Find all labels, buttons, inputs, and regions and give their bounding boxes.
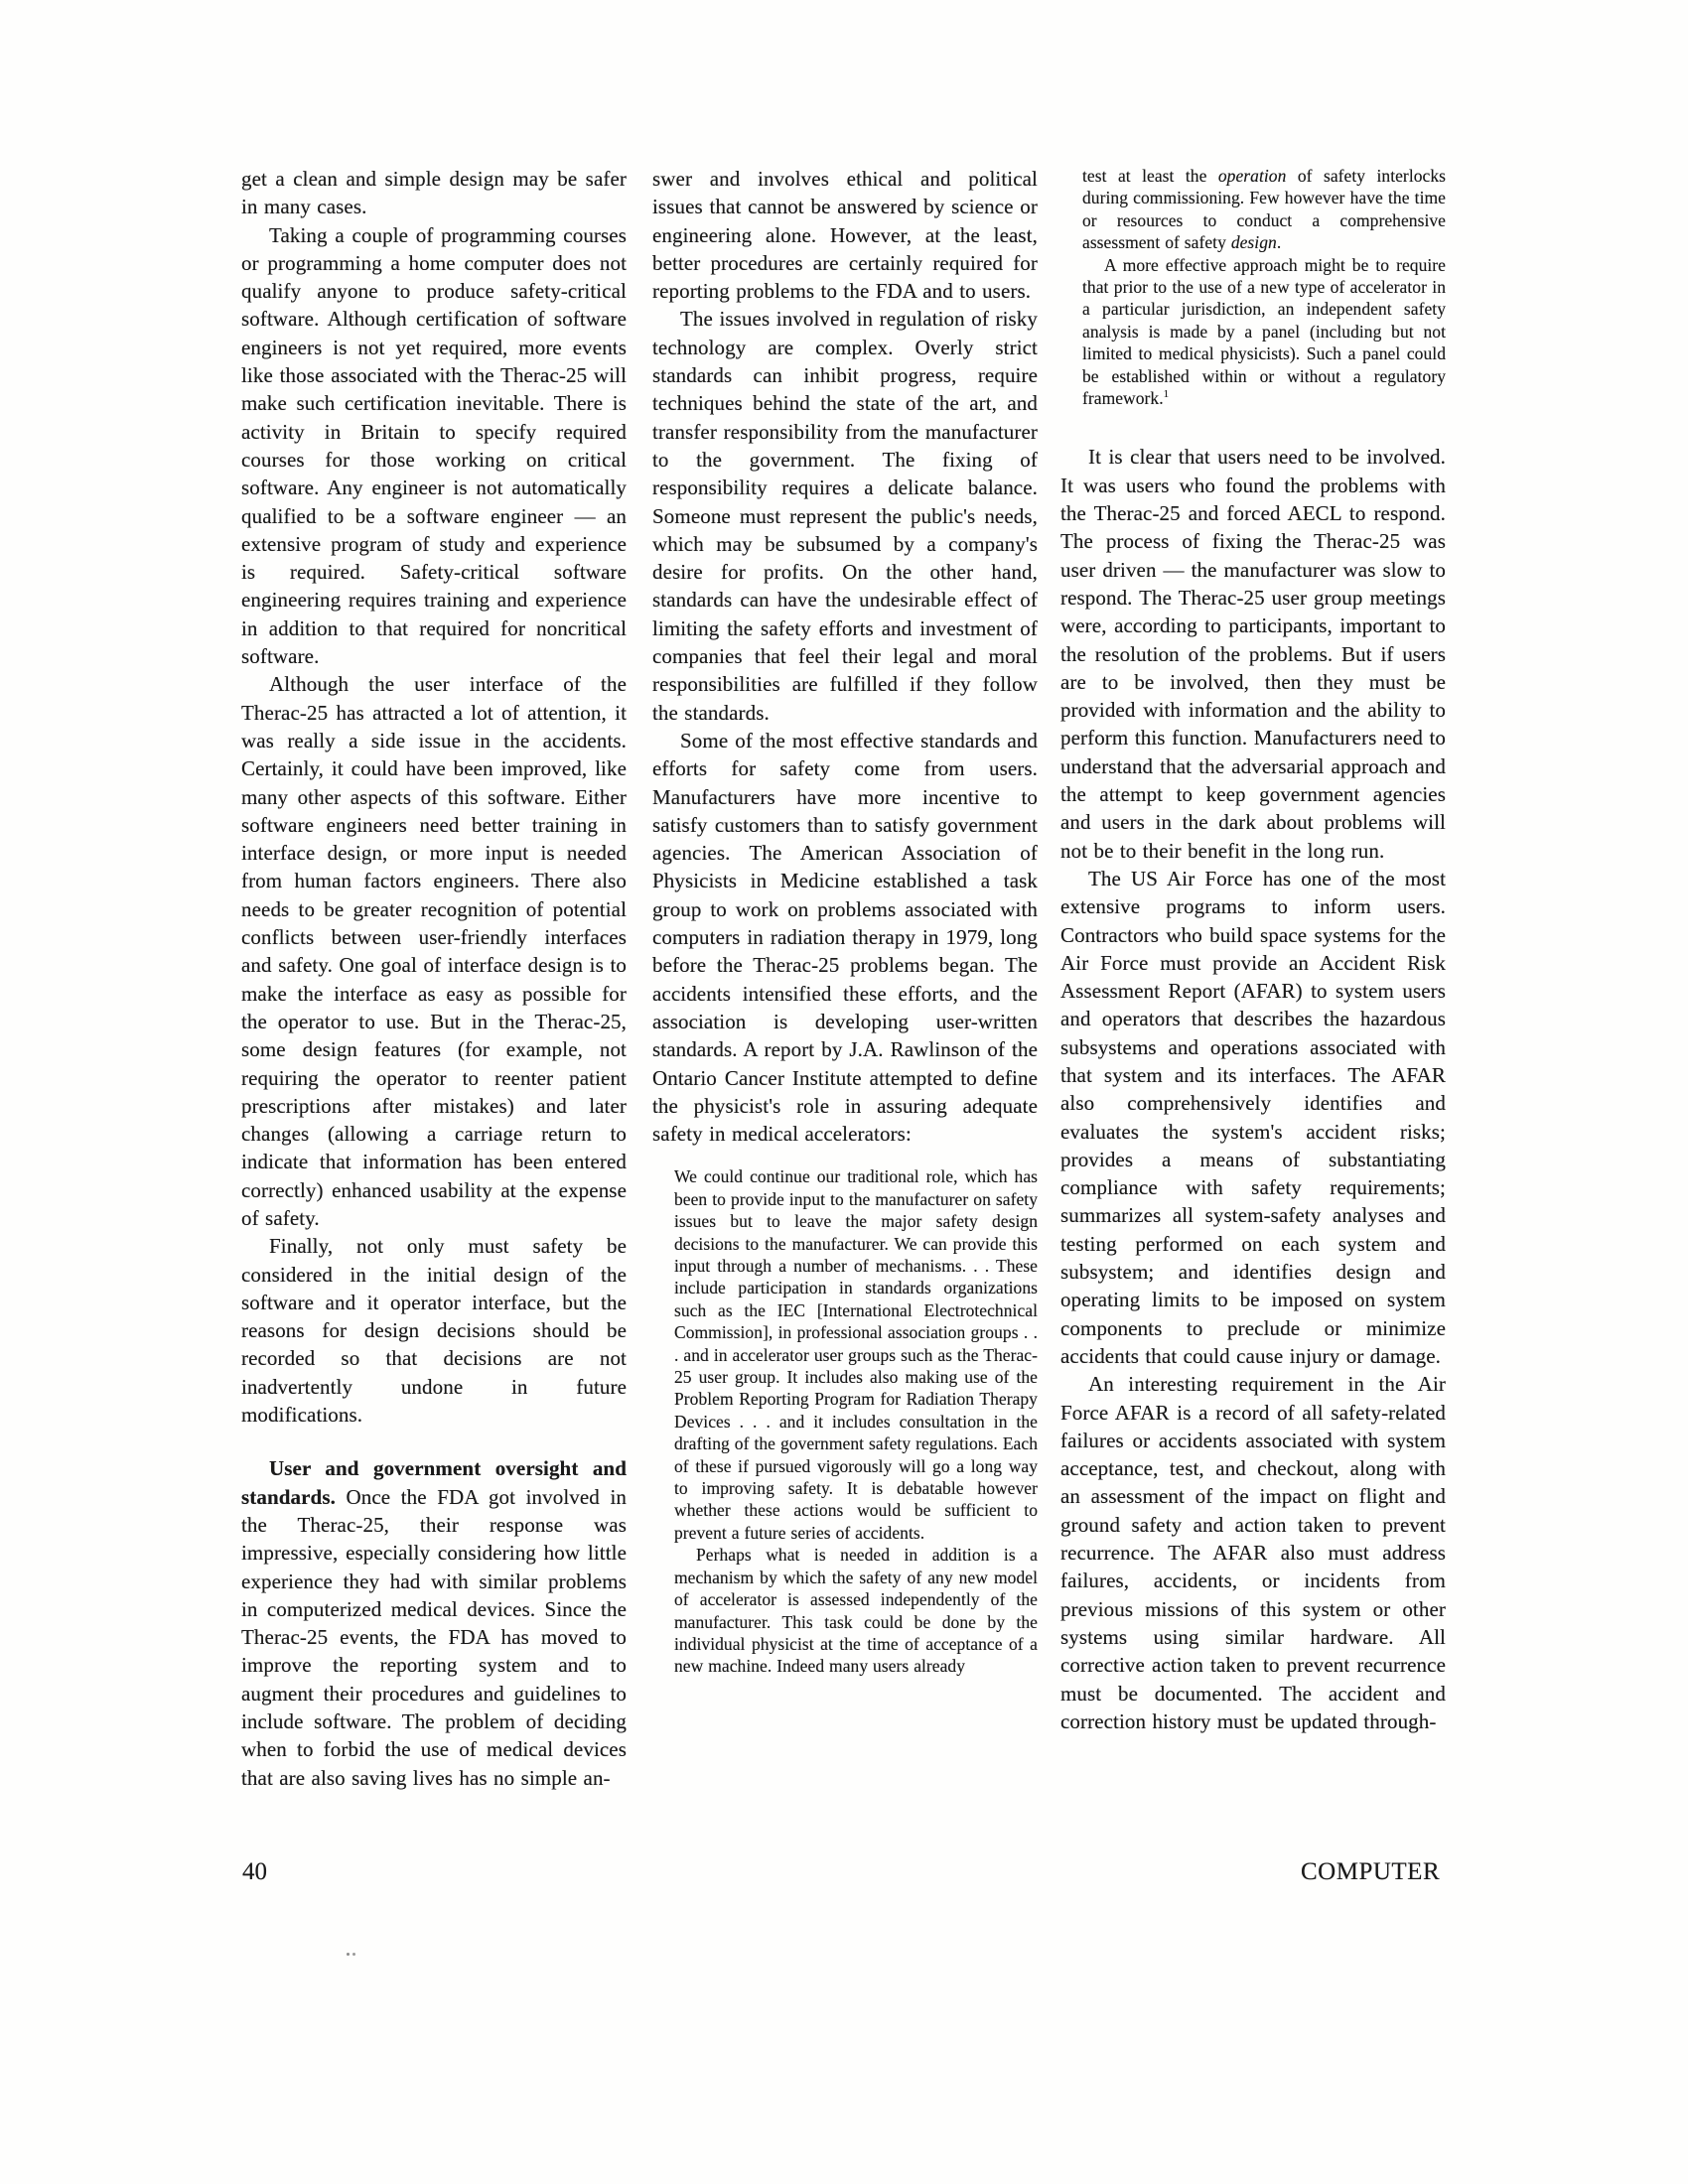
paragraph-with-heading: User and government oversight and standa… (241, 1454, 627, 1792)
paragraph: Although the user interface of the Thera… (241, 670, 627, 1232)
journal-title: COMPUTER (1301, 1858, 1440, 1886)
quote-text: A more effective approach might be to re… (1082, 255, 1446, 408)
footnote-reference: 1 (1164, 388, 1170, 400)
paragraph: The issues involved in regulation of ris… (652, 305, 1038, 726)
paragraph: swer and involves ethical and political … (652, 165, 1038, 305)
quote-text: test at least the (1082, 166, 1218, 186)
quote-text: . (1277, 232, 1281, 252)
page-number: 40 (242, 1858, 267, 1886)
paragraph: It is clear that users need to be involv… (1060, 443, 1446, 864)
paragraph: Taking a couple of programming courses o… (241, 221, 627, 671)
magazine-page: get a clean and simple design may be saf… (0, 0, 1688, 2184)
paragraph: get a clean and simple design may be saf… (241, 165, 627, 221)
block-quote-paragraph: Perhaps what is needed in addition is a … (674, 1544, 1038, 1677)
paragraph: The US Air Force has one of the most ext… (1060, 865, 1446, 1370)
block-quote-paragraph: test at least the operation of safety in… (1082, 165, 1446, 254)
block-quote-paragraph: A more effective approach might be to re… (1082, 254, 1446, 410)
block-quote-paragraph: We could continue our traditional role, … (674, 1165, 1038, 1544)
paragraph-text: Once the FDA got involved in the Therac-… (241, 1485, 627, 1790)
paragraph: Finally, not only must safety be conside… (241, 1232, 627, 1429)
quote-italic-word: operation (1218, 166, 1287, 186)
text-column-3: test at least the operation of safety in… (1060, 165, 1446, 1833)
text-column-2: swer and involves ethical and political … (652, 165, 1038, 1833)
scan-artifact (347, 1953, 350, 1956)
text-column-1: get a clean and simple design may be saf… (241, 165, 627, 1833)
quote-italic-word: design (1231, 232, 1277, 252)
paragraph: Some of the most effective standards and… (652, 727, 1038, 1148)
paragraph: An interesting requirement in the Air Fo… (1060, 1370, 1446, 1735)
